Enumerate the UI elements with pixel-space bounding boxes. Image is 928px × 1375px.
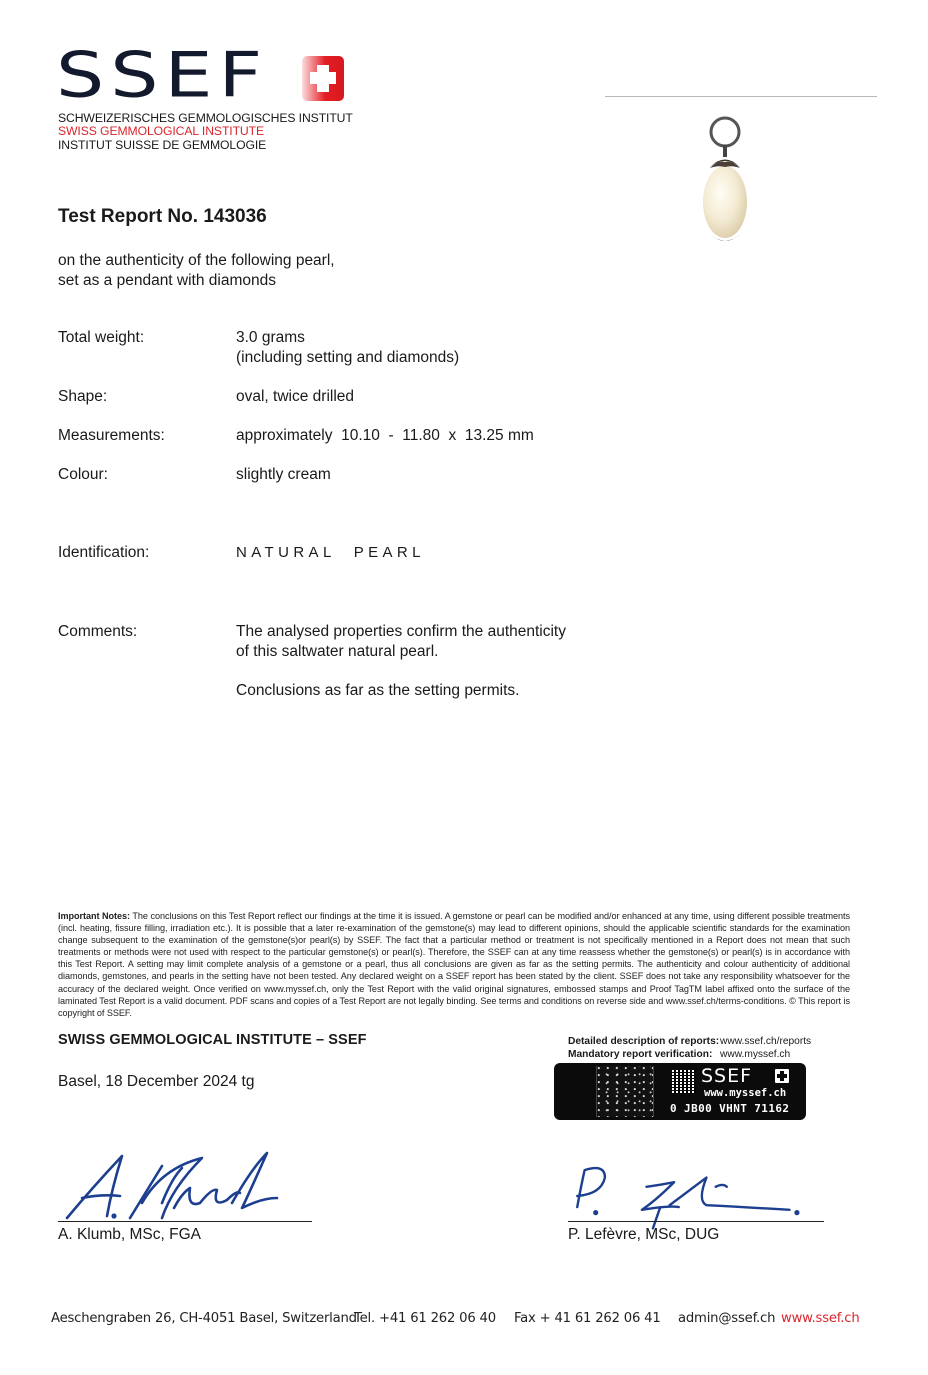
comment-line: of this saltwater natural pearl. <box>236 642 566 662</box>
total-weight-amount: 3.0 grams <box>236 328 459 348</box>
comments-value: The analysed properties confirm the auth… <box>236 622 566 701</box>
signature-line-right <box>568 1221 824 1222</box>
issue-dateline: Basel, 18 December 2024 tg <box>58 1073 254 1091</box>
photo-divider <box>605 96 877 97</box>
comment-line: Conclusions as far as the setting permit… <box>236 681 566 701</box>
swiss-cross-icon <box>302 56 344 101</box>
identification-word: PEARL <box>354 544 425 561</box>
verification-label: Mandatory report verification: <box>568 1048 720 1061</box>
footer-website-link[interactable]: www.ssef.ch <box>781 1311 859 1326</box>
ssef-logo-wordmark: SSEF <box>56 44 268 106</box>
shape-value: oval, twice drilled <box>236 387 354 407</box>
total-weight-label: Total weight: <box>58 328 144 348</box>
report-references: Detailed description of reports:www.ssef… <box>568 1035 811 1061</box>
issuing-institute: SWISS GEMMOLOGICAL INSTITUTE – SSEF <box>58 1032 367 1048</box>
colour-label: Colour: <box>58 465 108 485</box>
identification-value: NATURALPEARL <box>236 543 425 563</box>
institute-name-german: SCHWEIZERISCHES GEMMOLOGISCHES INSTITUT <box>58 111 353 125</box>
proof-tag-label: SSEF www.myssef.ch 0 JB00 VHNT 71162 <box>554 1063 806 1120</box>
important-notes: Important Notes: The conclusions on this… <box>58 910 850 1019</box>
institute-name-english: SWISS GEMMOLOGICAL INSTITUTE <box>58 124 264 138</box>
shape-label: Shape: <box>58 387 107 407</box>
pearl-pendant-photo <box>690 112 760 262</box>
report-subtitle: on the authenticity of the following pea… <box>58 251 335 291</box>
detailed-description-label: Detailed description of reports: <box>568 1035 720 1048</box>
tag-brand: SSEF <box>701 1065 752 1087</box>
institute-name-french: INSTITUT SUISSE DE GEMMOLOGIE <box>58 138 266 152</box>
datamatrix-code-icon <box>672 1069 696 1093</box>
colour-value: slightly cream <box>236 465 331 485</box>
footer-email-link[interactable]: admin@ssef.ch <box>678 1311 775 1326</box>
signature-lefevre <box>568 1156 808 1236</box>
signature-line-left <box>58 1221 312 1222</box>
detailed-description-link[interactable]: www.ssef.ch/reports <box>720 1036 811 1047</box>
total-weight-value: 3.0 grams (including setting and diamond… <box>236 328 459 368</box>
footer-fax: Fax + 41 61 262 06 41 <box>514 1311 661 1326</box>
notes-heading: Important Notes: <box>58 911 130 921</box>
subtitle-line: set as a pendant with diamonds <box>58 271 335 291</box>
signature-klumb <box>62 1148 302 1228</box>
measurements-label: Measurements: <box>58 426 165 446</box>
notes-body: The conclusions on this Test Report refl… <box>58 911 850 1018</box>
hologram-strip <box>596 1066 654 1117</box>
signatory-right-name: P. Lefèvre, MSc, DUG <box>568 1226 719 1244</box>
tag-url: www.myssef.ch <box>704 1087 786 1099</box>
tag-code: 0 JB00 VHNT 71162 <box>670 1102 789 1115</box>
identification-word: NATURAL <box>236 544 336 561</box>
total-weight-note: (including setting and diamonds) <box>236 348 459 368</box>
identification-label: Identification: <box>58 543 149 563</box>
footer-address: Aeschengraben 26, CH-4051 Basel, Switzer… <box>51 1311 357 1326</box>
comment-line: The analysed properties confirm the auth… <box>236 622 566 642</box>
verification-link[interactable]: www.myssef.ch <box>720 1049 790 1060</box>
signatory-left-name: A. Klumb, MSc, FGA <box>58 1226 201 1244</box>
swiss-cross-icon <box>775 1069 789 1083</box>
subtitle-line: on the authenticity of the following pea… <box>58 251 335 271</box>
measurements-value: approximately 10.10 - 11.80 x 13.25 mm <box>236 426 534 446</box>
footer-telephone: Tel. +41 61 262 06 40 <box>354 1311 496 1326</box>
report-title: Test Report No. 143036 <box>58 206 267 228</box>
comments-label: Comments: <box>58 622 137 642</box>
